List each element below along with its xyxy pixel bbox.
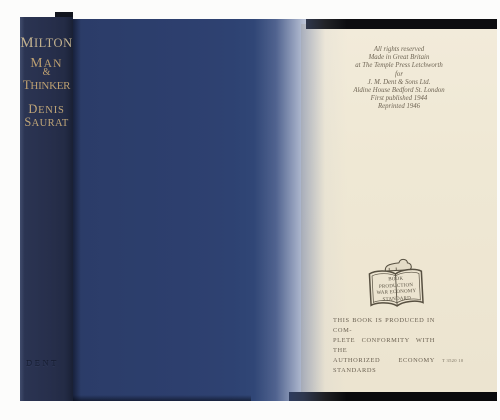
economy-notice: THIS BOOK IS PRODUCED IN COM- PLETE CONF… <box>333 316 473 376</box>
spine-title-line: THINKER <box>20 77 73 93</box>
front-cover <box>73 19 347 401</box>
spine: MILTON MAN & THINKER DENIS SAURAT DENT <box>20 17 73 401</box>
book-photograph: All rights reserved Made in Great Britai… <box>0 0 500 420</box>
notice-line: THIS BOOK IS PRODUCED IN COM- <box>333 316 435 336</box>
notice-line: PLETE CONFORMITY WITH THE <box>333 336 435 356</box>
stamp-text: BOOK PRODUCTION WAR ECONOMY STANDARD <box>364 275 429 305</box>
spine-author-line: SAURAT <box>20 115 73 130</box>
printer-code: T 3520 10 <box>442 356 464 366</box>
publisher-imprint: DENT <box>20 358 65 368</box>
spine-title-line: MILTON <box>20 35 73 52</box>
notice-line: AUTHORIZED ECONOMY STANDARDS <box>333 356 435 376</box>
war-economy-stamp: BOOK PRODUCTION WAR ECONOMY STANDARD <box>363 253 430 314</box>
